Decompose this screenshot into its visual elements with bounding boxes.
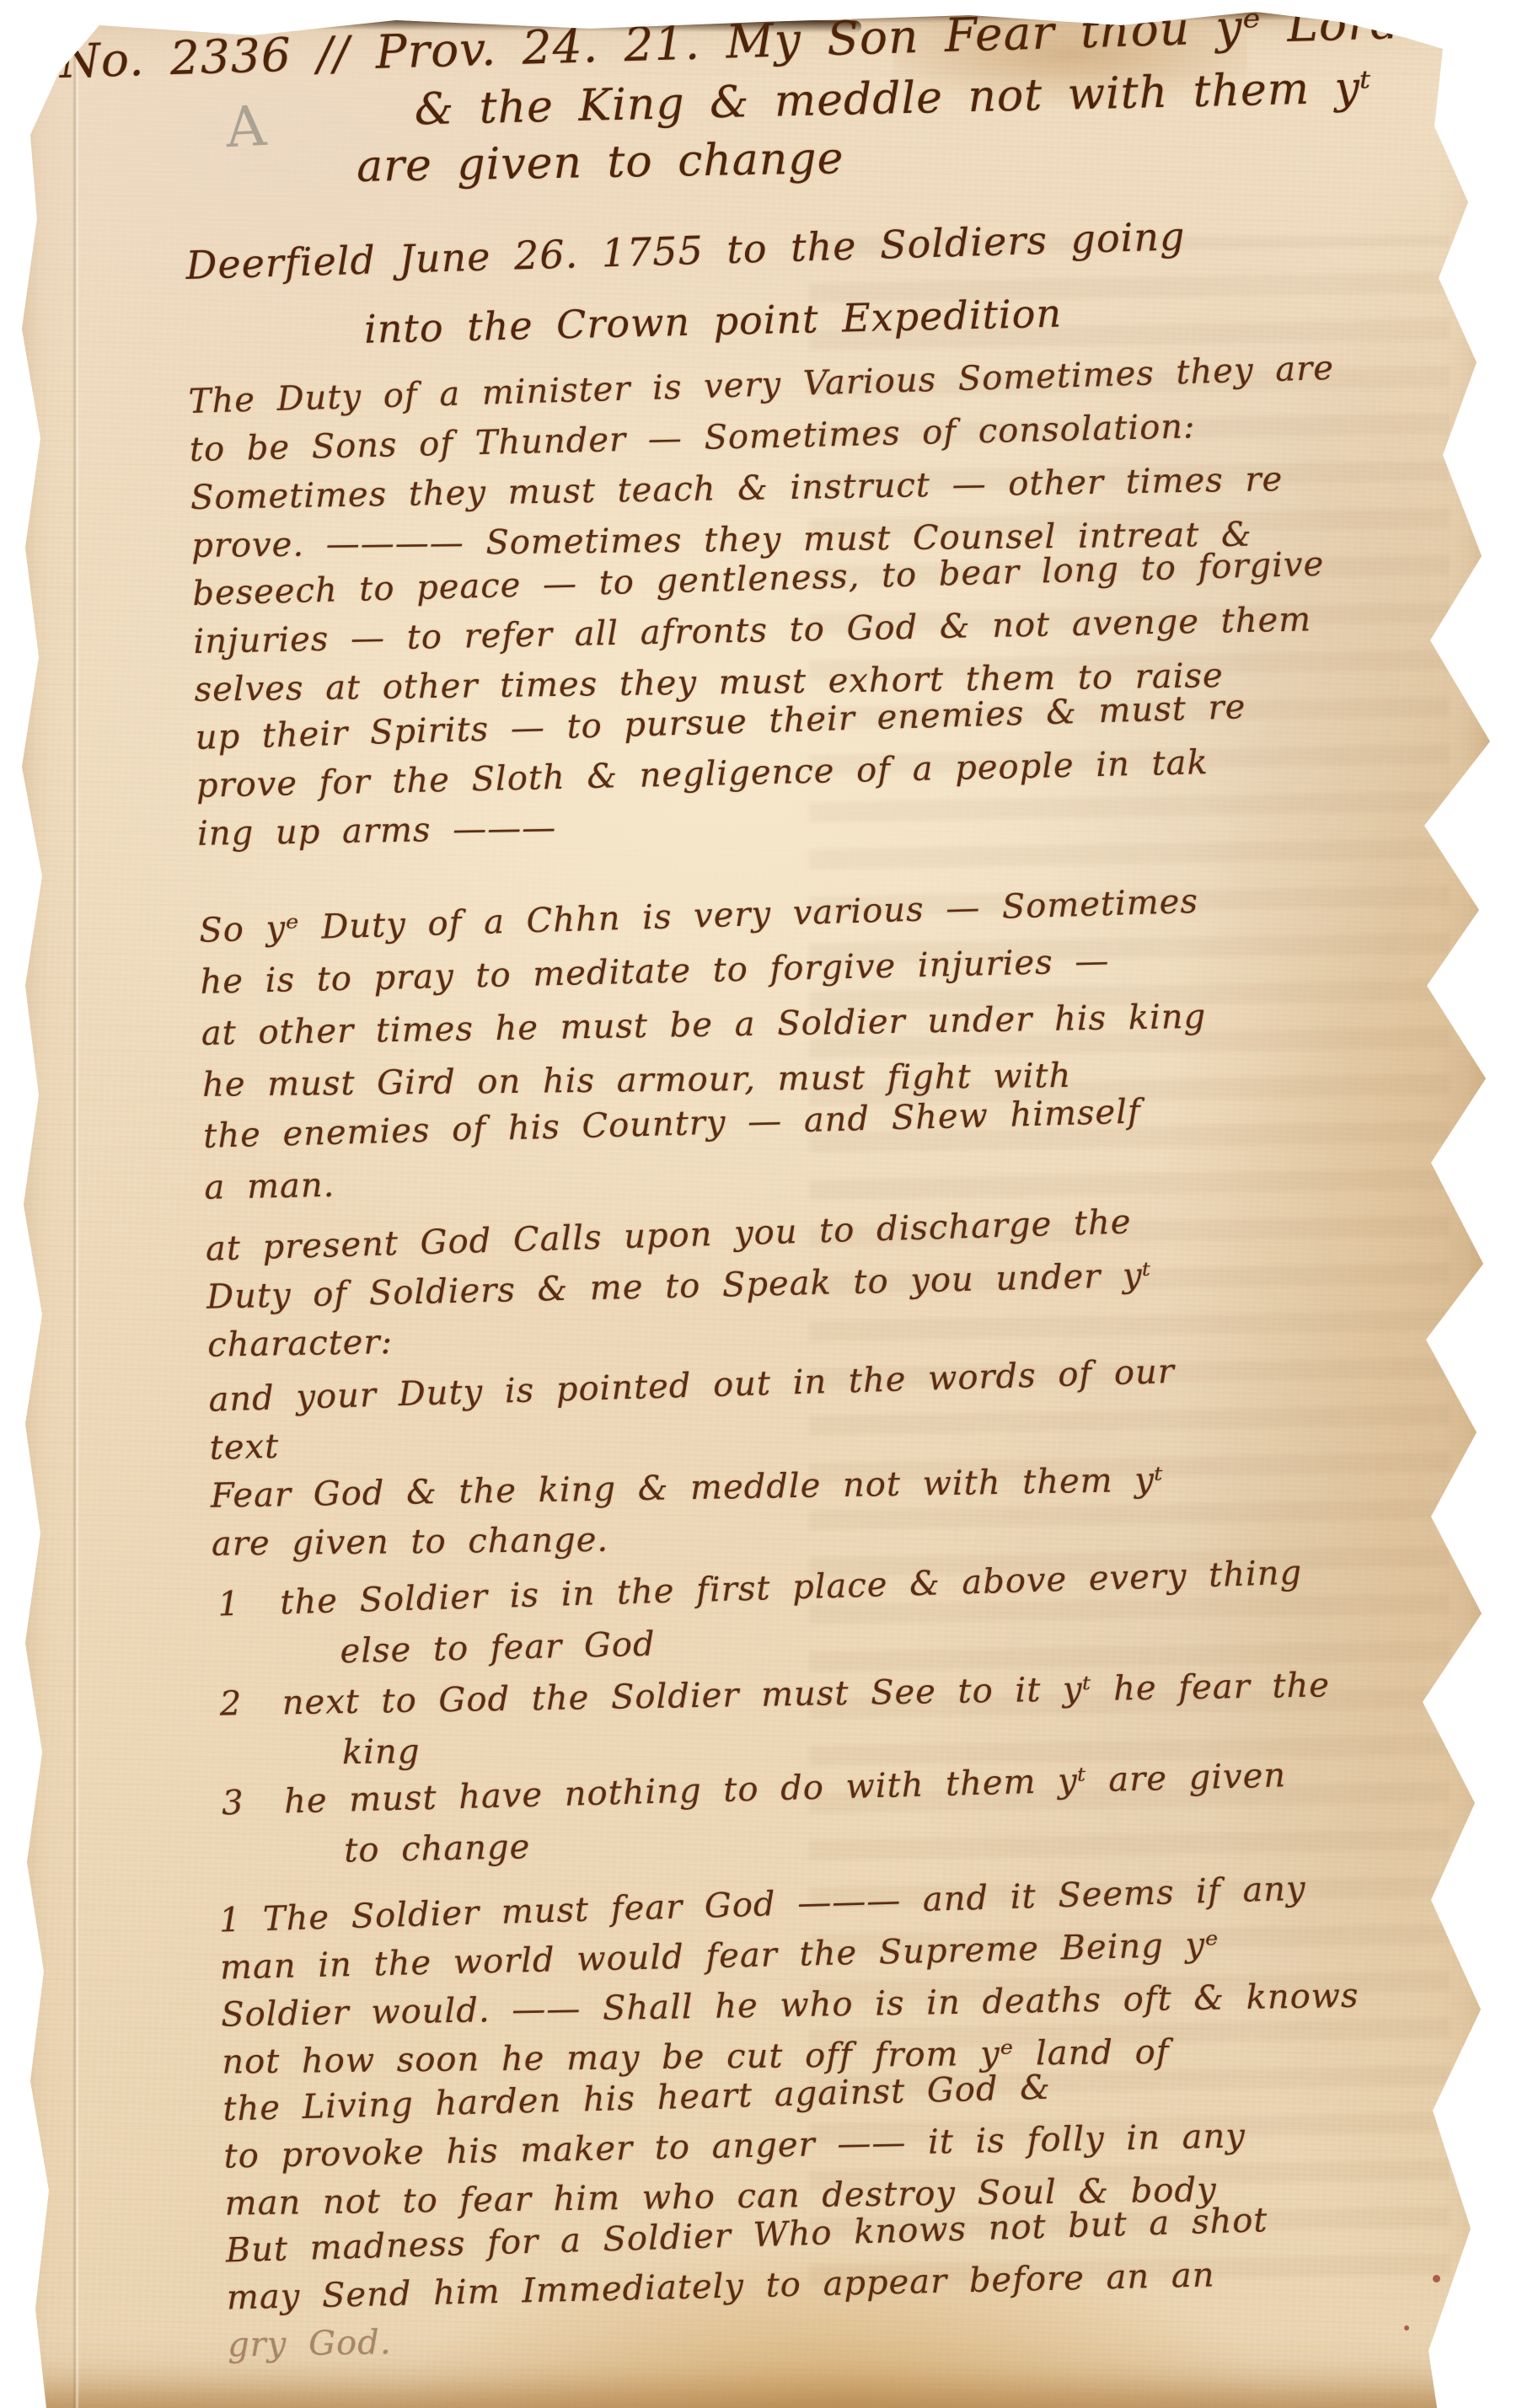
section-points: 1the Soldier is in the first place & abo… [212,1554,1504,1879]
section-para-feargod: 1The Soldier must fear God ——— and it Se… [218,1871,1513,2368]
handwritten-text: Deerfield June 26. 1755 to the Soldiers … [185,213,1186,288]
handwritten-text: gry God. [228,2323,392,2364]
handwritten-text: at other times he must be a Soldier unde… [201,998,1206,1053]
handwritten-text: into the Crown point Expedition [363,291,1062,352]
list-number: 3 [221,1779,244,1829]
section-dateline: Deerfield June 26. 1755 to the Soldiers … [185,206,1473,367]
section-para-minister: The Duty of a minister is very Various S… [188,352,1482,858]
handwritten-text: else to fear God [340,1625,656,1672]
list-number: 1 [217,1580,241,1630]
pencil-annotation: A [224,94,268,160]
section-para-text: and your Duty is pointed out in the word… [208,1351,1497,1569]
manuscript-text: No. 2336 // Prov. 24. 21. My Son Fear th… [59,5,1513,2371]
handwritten-text: to change [344,1827,531,1870]
handwritten-text: text [209,1427,279,1468]
list-number: 2 [219,1679,242,1729]
section-para-christian: So yᵉ Duty of a Chhn is very various — S… [199,880,1490,1214]
list-number: 1 [218,1896,264,1945]
handwritten-text: are given to change. [212,1521,609,1564]
handwritten-text: character: [207,1323,393,1365]
section-header: No. 2336 // Prov. 24. 21. My Son Fear th… [59,5,1470,200]
handwritten-text: ing up arms ——— [197,809,557,854]
handwritten-text: are given to change [356,133,844,192]
manuscript-page: No. 2336 // Prov. 24. 21. My Son Fear th… [0,0,1517,2408]
scanned-manuscript: No. 2336 // Prov. 24. 21. My Son Fear th… [0,0,1517,2408]
handwritten-text: king [342,1732,421,1772]
handwritten-text: a man. [204,1166,335,1207]
